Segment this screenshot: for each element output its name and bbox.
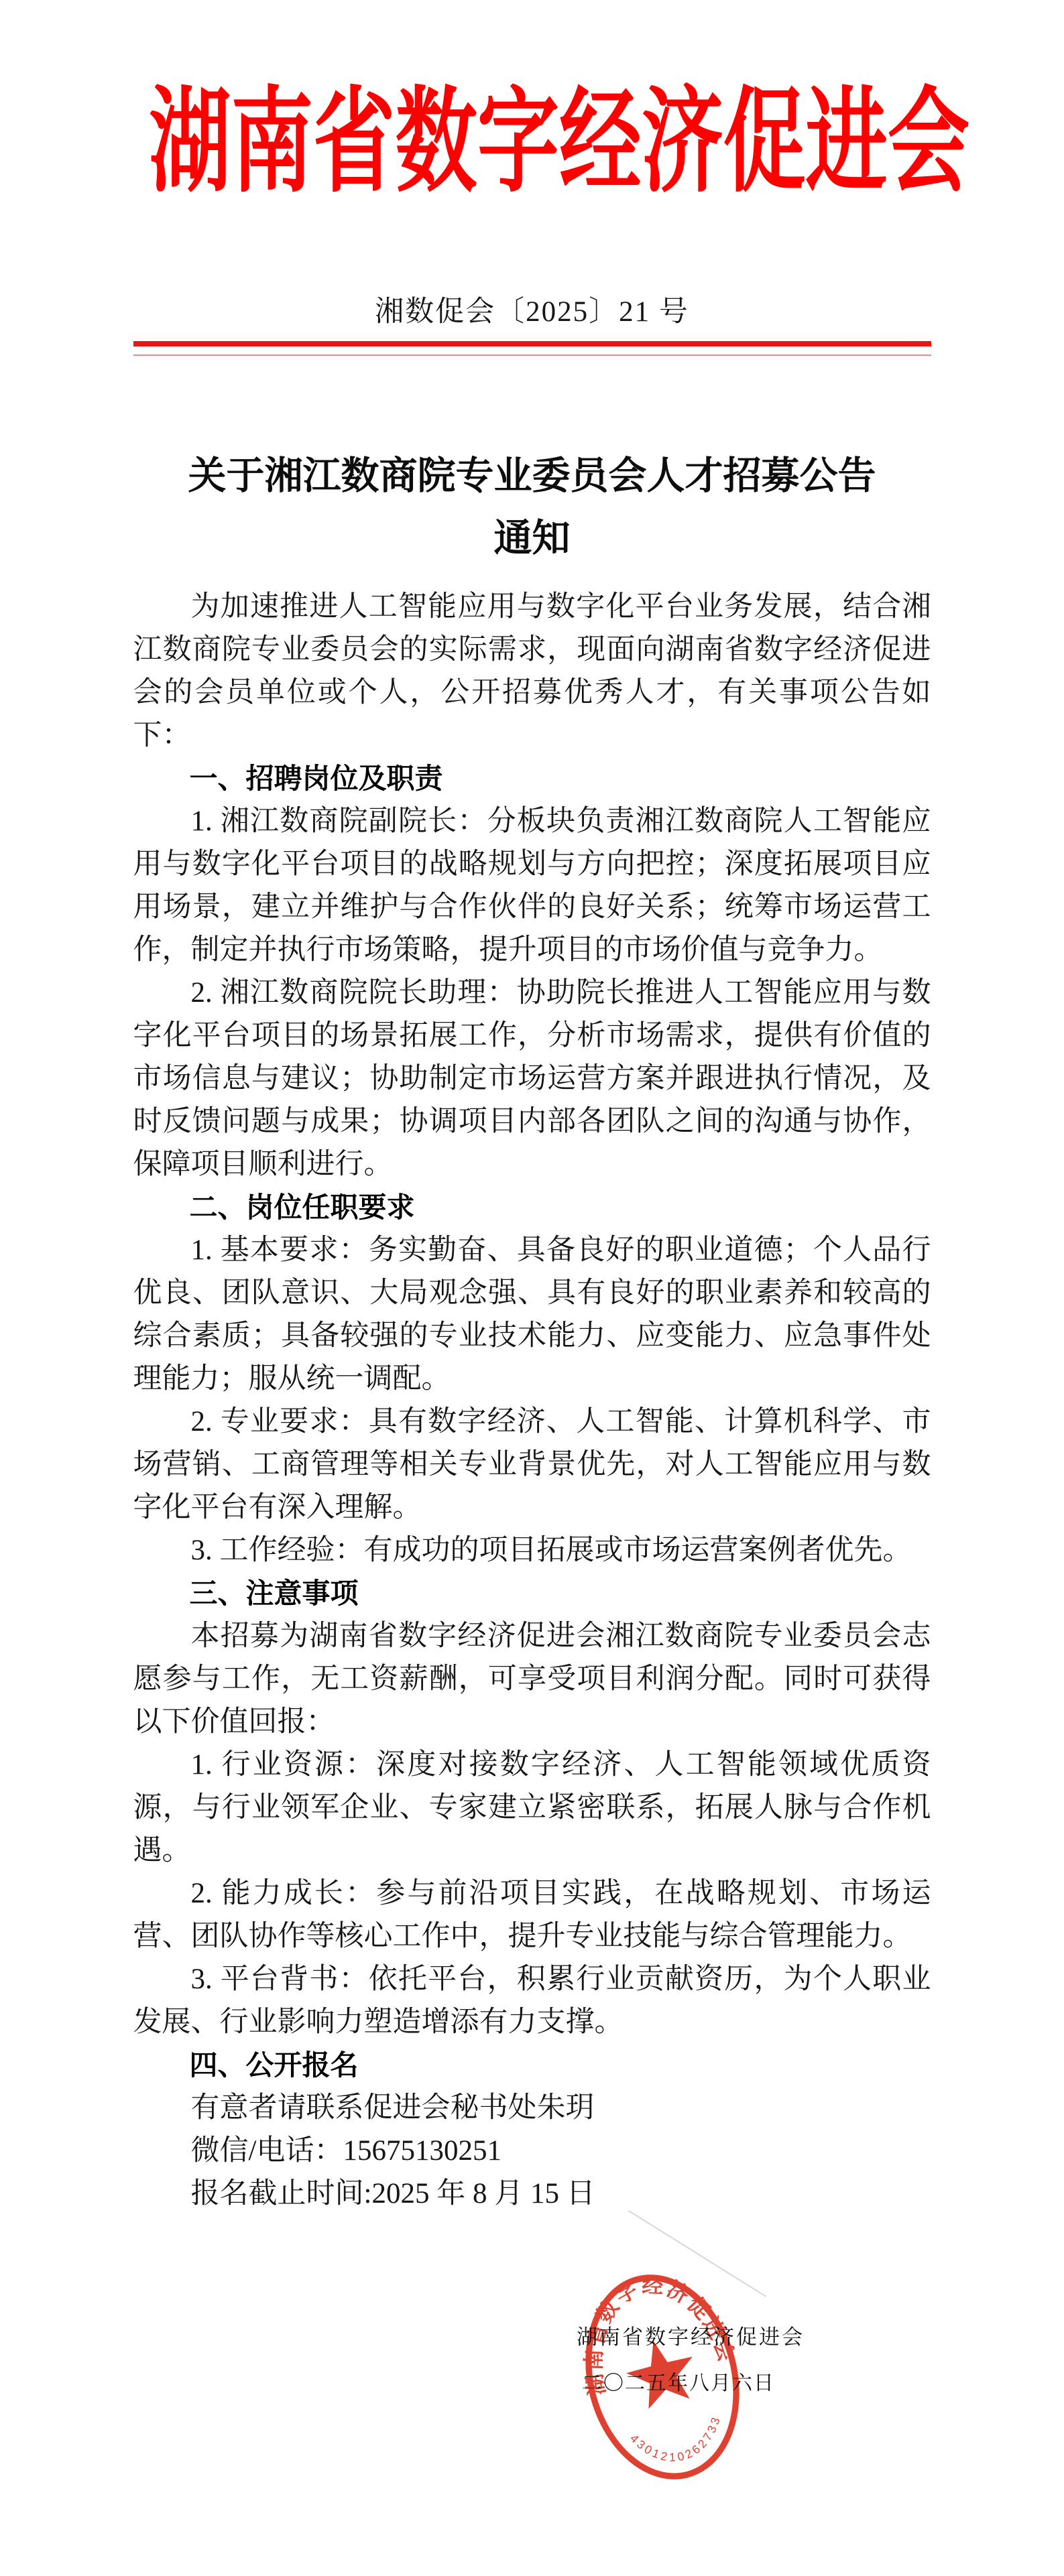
paragraph: 有意者请联系促进会秘书处朱玥	[133, 2087, 931, 2130]
paragraph: 3. 平台背书：依托平台，积累行业贡献资历，为个人职业发展、行业影响力塑造增添有…	[133, 1958, 931, 2044]
section-heading: 一、招聘岗位及职责	[133, 757, 931, 800]
closing-date: 二〇二五年八月六日	[582, 2366, 775, 2396]
document-title: 关于湘江数商院专业委员会人才招募公告 通知	[0, 445, 1064, 570]
section-heading: 三、注意事项	[133, 1572, 931, 1615]
document-title-line1: 关于湘江数商院专业委员会人才招募公告	[0, 445, 1064, 507]
paragraph: 1. 基本要求：务实勤奋、具备良好的职业道德；个人品行优良、团队意识、大局观念强…	[133, 1229, 931, 1401]
section-heading: 二、岗位任职要求	[133, 1186, 931, 1229]
document-title-line2: 通知	[0, 507, 1064, 570]
paragraph: 1. 行业资源：深度对接数字经济、人工智能领域优质资源，与行业领军企业、专家建立…	[133, 1744, 931, 1872]
paragraph: 1. 湘江数商院副院长：分板块负责湘江数商院人工智能应用与数字化平台项目的战略规…	[133, 800, 931, 972]
paragraph: 微信/电话：15675130251	[133, 2130, 931, 2173]
paragraph: 报名截止时间:2025 年 8 月 15 日	[133, 2173, 931, 2215]
closing-signature: 湖南省数字经济促进会	[577, 2320, 805, 2350]
letterhead-org-title: 湖南省数字经济促进会	[149, 0, 915, 206]
paragraph: 3. 工作经验：有成功的项目拓展或市场运营案例者优先。	[133, 1529, 931, 1572]
document-page: 湖南省数字经济促进会 湘数促会〔2025〕21 号 关于湘江数商院专业委员会人才…	[0, 0, 1064, 2576]
paragraph: 为加速推进人工智能应用与数字化平台业务发展，结合湘江数商院专业委员会的实际需求，…	[133, 586, 931, 757]
paragraph: 2. 专业要求：具有数字经济、人工智能、计算机科学、市场营销、工商管理等相关专业…	[133, 1401, 931, 1529]
document-body: 为加速推进人工智能应用与数字化平台业务发展，结合湘江数商院专业委员会的实际需求，…	[133, 586, 931, 2215]
section-heading: 四、公开报名	[133, 2044, 931, 2087]
paragraph: 本招募为湖南省数字经济促进会湘江数商院专业委员会志愿参与工作，无工资薪酬，可享受…	[133, 1615, 931, 1744]
doc-number: 湘数促会〔2025〕21 号	[0, 296, 1064, 329]
red-rule-thin	[133, 355, 931, 356]
paragraph: 2. 能力成长：参与前沿项目实践，在战略规划、市场运营、团队协作等核心工作中，提…	[133, 1872, 931, 1958]
red-rule-thick	[133, 341, 931, 346]
paragraph: 2. 湘江数商院院长助理：协助院长推进人工智能应用与数字化平台项目的场景拓展工作…	[133, 972, 931, 1186]
